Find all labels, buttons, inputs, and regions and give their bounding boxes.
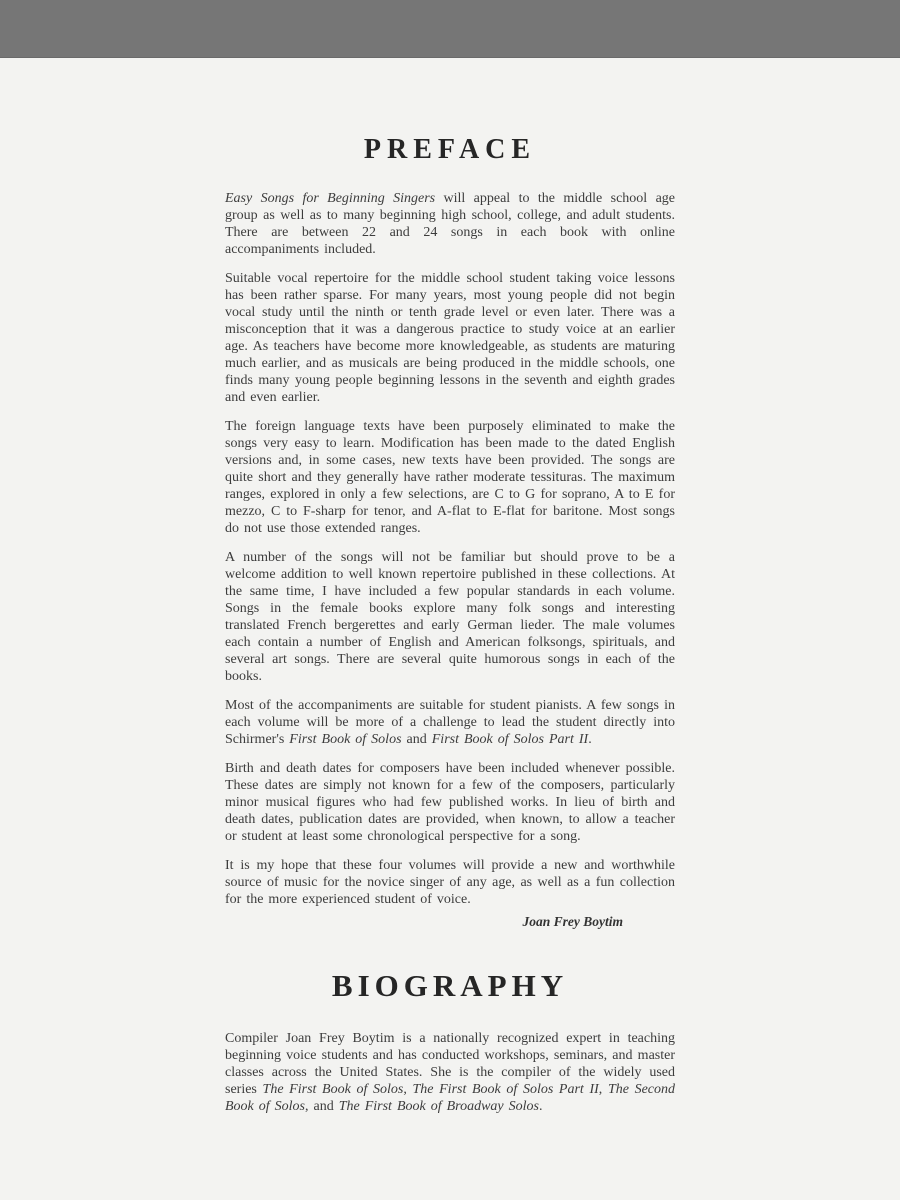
paragraph: It is my hope that these four volumes wi… <box>225 857 675 908</box>
text-run: Suitable vocal repertoire for the middle… <box>225 271 675 405</box>
paragraph: The foreign language texts have been pur… <box>225 418 675 537</box>
preface-title: PREFACE <box>225 134 675 166</box>
paragraph: A number of the songs will not be famili… <box>225 549 675 685</box>
text-run: A number of the songs will not be famili… <box>225 550 675 684</box>
paragraph: Easy Songs for Beginning Singers will ap… <box>225 190 675 258</box>
italic-text-run: The First Book of Broadway Solos <box>339 1099 539 1114</box>
italic-text-run: The First Book of Solos <box>263 1082 404 1097</box>
paragraph: Suitable vocal repertoire for the middle… <box>225 270 675 406</box>
document-page: PREFACE Easy Songs for Beginning Singers… <box>225 58 675 1115</box>
text-run: Birth and death dates for composers have… <box>225 761 675 844</box>
text-run: It is my hope that these four volumes wi… <box>225 858 675 907</box>
text-run: , and <box>305 1099 339 1114</box>
text-run: . <box>539 1099 543 1114</box>
paragraph: Most of the accompaniments are suitable … <box>225 697 675 748</box>
italic-text-run: First Book of Solos Part II <box>432 732 588 747</box>
text-run: and <box>402 732 432 747</box>
author-signature: Joan Frey Boytim <box>225 914 675 930</box>
italic-text-run: Easy Songs for Beginning Singers <box>225 191 435 206</box>
biography-paragraphs: Compiler Joan Frey Boytim is a nationall… <box>225 1030 675 1115</box>
italic-text-run: The First Book of Solos Part II <box>412 1082 598 1097</box>
preface-paragraphs: Easy Songs for Beginning Singers will ap… <box>225 190 675 908</box>
text-run: , <box>599 1082 608 1097</box>
top-bar <box>0 0 900 58</box>
paragraph: Compiler Joan Frey Boytim is a nationall… <box>225 1030 675 1115</box>
paragraph: Birth and death dates for composers have… <box>225 760 675 845</box>
text-run: . <box>588 732 592 747</box>
biography-title: BIOGRAPHY <box>225 968 675 1004</box>
text-run: The foreign language texts have been pur… <box>225 419 675 536</box>
italic-text-run: First Book of Solos <box>289 732 401 747</box>
